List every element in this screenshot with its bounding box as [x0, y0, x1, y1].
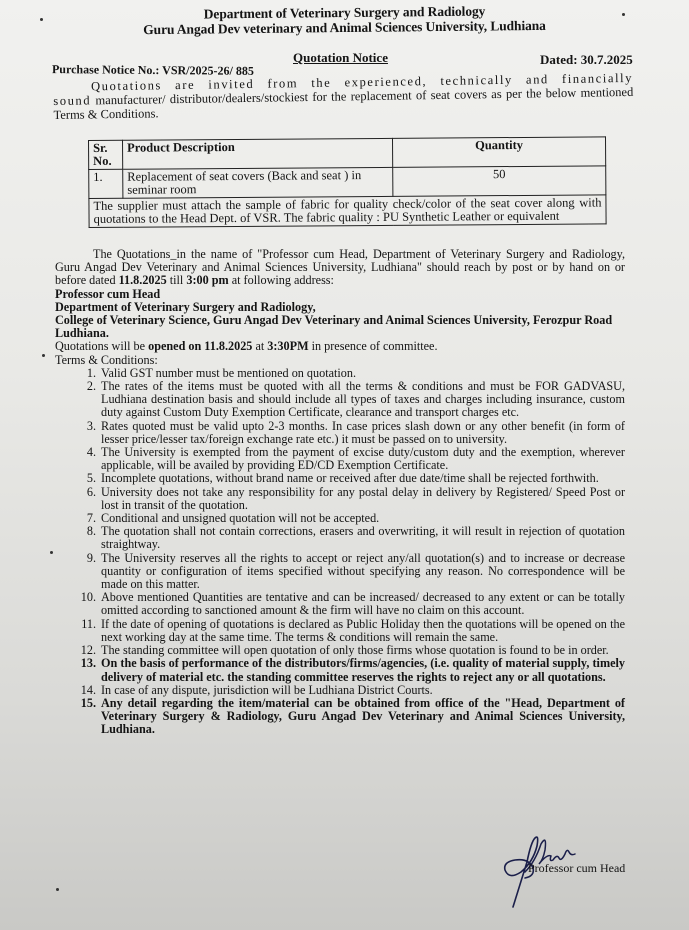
term-item: 6.University does not take any responsib…: [73, 486, 625, 512]
intro-paragraph: Quotations are invited from the experien…: [53, 71, 634, 122]
term-item: 15.Any detail regarding the item/materia…: [73, 697, 625, 737]
paper-speck: [56, 888, 59, 891]
term-text: Above mentioned Quantities are tentative…: [101, 591, 625, 617]
term-number: 11.: [73, 618, 101, 644]
term-item: 14.In case of any dispute, jurisdiction …: [73, 684, 625, 697]
term-number: 4.: [73, 446, 101, 472]
term-text: Any detail regarding the item/material c…: [101, 697, 625, 737]
opening-info: Quotations will be opened on 11.8.2025 a…: [55, 340, 625, 353]
term-text: Incomplete quotations, without brand nam…: [101, 472, 625, 485]
paper-speck: [622, 13, 625, 16]
term-item: 8.The quotation shall not contain correc…: [73, 525, 625, 551]
term-number: 5.: [73, 472, 101, 485]
notice-title: Quotation Notice: [293, 50, 388, 66]
term-text: The rates of the items must be quoted wi…: [101, 380, 625, 420]
table-header-row: Sr. No. Product Description Quantity: [89, 137, 606, 170]
terms-heading: Terms & Conditions:: [55, 354, 625, 367]
cell-description: Replacement of seat covers (Back and sea…: [123, 167, 393, 198]
term-text: Rates quoted must be valid upto 2-3 mont…: [101, 420, 625, 446]
cell-quantity: 50: [393, 166, 606, 196]
term-number: 2.: [73, 380, 101, 420]
term-text: In case of any dispute, jurisdiction wil…: [101, 684, 625, 697]
term-text: The University is exempted from the paym…: [101, 446, 625, 472]
quotation-notice-document: Department of Veterinary Surgery and Rad…: [0, 0, 689, 930]
supplier-note: The supplier must attach the sample of f…: [89, 195, 606, 228]
paper-speck: [40, 18, 43, 21]
term-number: 6.: [73, 486, 101, 512]
term-item: 13.On the basis of performance of the di…: [73, 657, 625, 683]
header-sr-no: Sr. No.: [89, 140, 123, 169]
term-item: 11.If the date of opening of quotations …: [73, 618, 625, 644]
term-number: 10.: [73, 591, 101, 617]
term-number: 8.: [73, 525, 101, 551]
term-text: The quotation shall not contain correcti…: [101, 525, 625, 551]
term-text: On the basis of performance of the distr…: [101, 657, 625, 683]
notice-date: Dated: 30.7.2025: [540, 52, 633, 68]
term-number: 9.: [73, 552, 101, 592]
product-table: Sr. No. Product Description Quantity 1. …: [88, 136, 607, 228]
table-note-row: The supplier must attach the sample of f…: [89, 195, 606, 228]
term-item: 5.Incomplete quotations, without brand n…: [73, 472, 625, 485]
paper-speck: [50, 551, 53, 554]
term-item: 9.The University reserves all the rights…: [73, 552, 625, 592]
table-row: 1. Replacement of seat covers (Back and …: [89, 166, 606, 199]
term-text: The University reserves all the rights t…: [101, 552, 625, 592]
term-number: 14.: [73, 684, 101, 697]
term-item: 2.The rates of the items must be quoted …: [73, 380, 625, 420]
submission-address: Professor cum Head Department of Veterin…: [55, 288, 625, 341]
term-number: 15.: [73, 697, 101, 737]
deadline-time: 3:00 pm: [186, 273, 228, 287]
term-text: University does not take any responsibil…: [101, 486, 625, 512]
term-number: 13.: [73, 657, 101, 683]
header-quantity: Quantity: [392, 137, 605, 167]
term-item: 10.Above mentioned Quantities are tentat…: [73, 591, 625, 617]
term-text: If the date of opening of quotations is …: [101, 618, 625, 644]
notice-body: The Quotations_in the name of "Professor…: [55, 248, 625, 737]
term-number: 3.: [73, 420, 101, 446]
submission-paragraph: The Quotations_in the name of "Professor…: [55, 248, 625, 288]
signatory-title: Professor cum Head: [528, 861, 625, 876]
deadline-date: 11.8.2025: [119, 273, 167, 287]
header-product-description: Product Description: [123, 138, 393, 169]
paper-speck: [42, 354, 45, 357]
term-item: 3.Rates quoted must be valid upto 2-3 mo…: [73, 420, 625, 446]
terms-list: 1.Valid GST number must be mentioned on …: [73, 367, 625, 737]
term-item: 4.The University is exempted from the pa…: [73, 446, 625, 472]
cell-sr-no: 1.: [89, 169, 123, 198]
